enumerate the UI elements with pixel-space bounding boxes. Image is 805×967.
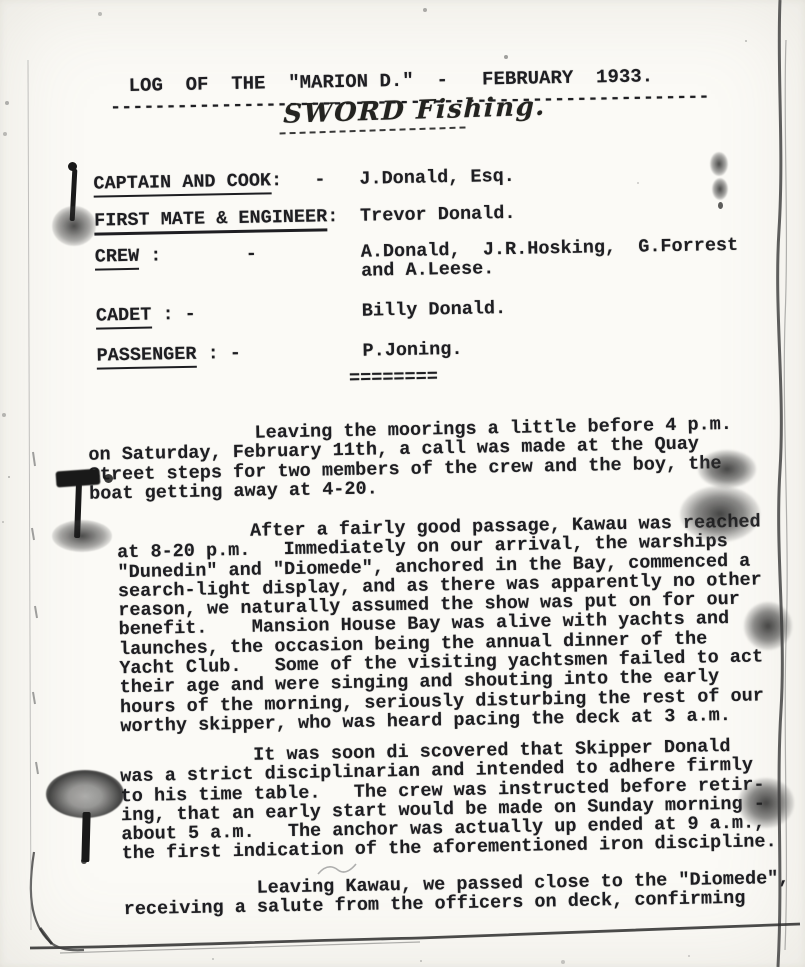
dust-specks bbox=[0, 0, 2, 2]
roster-suffix: : bbox=[139, 245, 162, 266]
typed-sheet: LOG OF THE "MARION D." - FEBRUARY 1933. … bbox=[0, 0, 805, 967]
roster-value: P.Joning. bbox=[362, 340, 462, 361]
scanned-log-page: LOG OF THE "MARION D." - FEBRUARY 1933. … bbox=[0, 0, 805, 967]
roster-value: A.Donald, J.R.Hosking, G.Forrest and A.L… bbox=[361, 236, 739, 282]
roster-suffix: : bbox=[327, 206, 338, 227]
roster-role: CREW bbox=[95, 246, 140, 271]
roster-value: Trevor Donald. bbox=[360, 204, 516, 226]
roster-row-cadet: CADET : - Billy Donald. bbox=[0, 294, 802, 329]
paragraph-departure: Leaving the moorings a little before 4 p… bbox=[88, 415, 733, 504]
roster-role: FIRST MATE & ENGINEER bbox=[94, 206, 328, 235]
equals-divider: ======== bbox=[349, 367, 438, 388]
roster-role: PASSENGER bbox=[96, 344, 196, 370]
roster-row-first-mate: FIRST MATE & ENGINEER: Trevor Donald. bbox=[0, 199, 800, 234]
paragraph-kawau: After a fairly good passage, Kawau was r… bbox=[117, 512, 765, 736]
roster-row-crew: CREW : - A.Donald, J.R.Hosking, G.Forres… bbox=[0, 235, 801, 270]
roster-row-captain: CAPTAIN AND COOK: - J.Donald, Esq. bbox=[0, 162, 800, 197]
roster-suffix: : - bbox=[151, 304, 196, 326]
roster-role: CAPTAIN AND COOK bbox=[93, 170, 271, 197]
roster-value: J.Donald, Esq. bbox=[359, 167, 515, 189]
roster-suffix: : bbox=[271, 170, 282, 191]
roster-value: Billy Donald. bbox=[362, 299, 507, 321]
roster-suffix: : - bbox=[196, 343, 241, 365]
roster-role: CADET bbox=[96, 305, 152, 330]
roster-dash: - bbox=[246, 245, 257, 264]
roster-row-passenger: PASSENGER : - P.Joning. bbox=[0, 334, 803, 369]
paragraph-salute: Leaving Kawau, we passed close to the "D… bbox=[123, 869, 790, 920]
paragraph-discipline: It was soon di scovered that Skipper Don… bbox=[120, 736, 777, 864]
roster-dash: - bbox=[314, 170, 325, 189]
